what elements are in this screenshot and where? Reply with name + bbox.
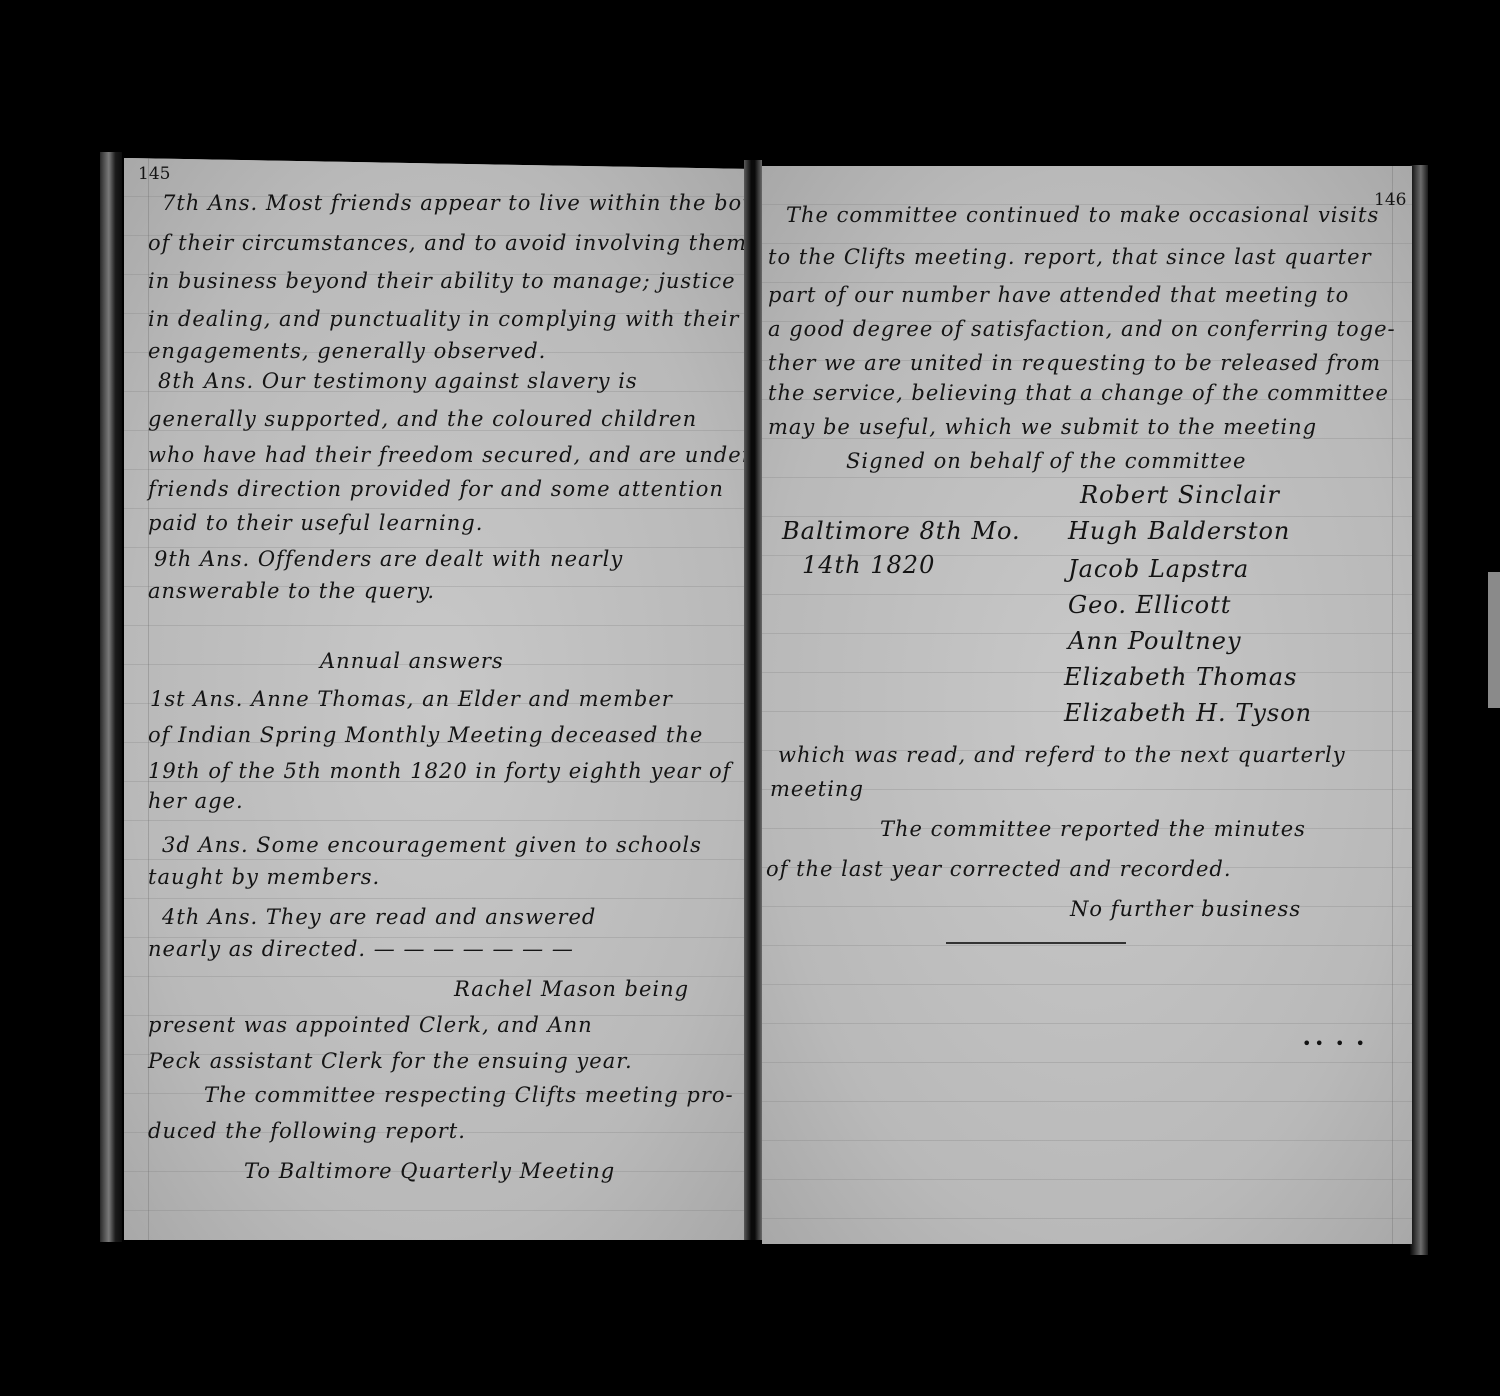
text-line: 19th of the 5th month 1820 in forty eigh…: [148, 758, 731, 784]
signature: Elizabeth Thomas: [1064, 664, 1297, 690]
text-line: present was appointed Clerk, and Ann: [148, 1012, 593, 1038]
text-line: 3d Ans. Some encouragement given to scho…: [162, 832, 702, 858]
text-line: to the Clifts meeting. report, that sinc…: [768, 244, 1372, 270]
text-line: duced the following report.: [148, 1118, 466, 1144]
place-date: Baltimore 8th Mo.: [782, 518, 1021, 544]
text-line: a good degree of satisfaction, and on co…: [768, 316, 1396, 342]
text-line: ther we are united in requesting to be r…: [768, 350, 1381, 376]
text-line: may be useful, which we submit to the me…: [768, 414, 1317, 440]
book-gutter: [744, 160, 762, 1240]
signature: Jacob Lapstra: [1068, 556, 1249, 582]
text-line: her age.: [148, 788, 244, 814]
signature: Hugh Balderston: [1068, 518, 1290, 544]
text-line: in business beyond their ability to mana…: [148, 268, 736, 294]
text-line: Rachel Mason being: [454, 976, 689, 1002]
text-line: The committee continued to make occasion…: [786, 202, 1379, 228]
place-date: 14th 1820: [802, 552, 935, 578]
ledger-scan: 145 7th Ans. Most friends appear to live…: [0, 0, 1500, 1396]
right-page: 146 The committee continued to make occa…: [762, 166, 1412, 1244]
text-line: 1st Ans. Anne Thomas, an Elder and membe…: [150, 686, 673, 712]
text-line: in dealing, and punctuality in complying…: [148, 306, 739, 332]
text-line: taught by members.: [148, 864, 380, 890]
text-line: engagements, generally observed.: [148, 338, 546, 364]
text-line: nearly as directed. — — — — — — —: [148, 936, 574, 962]
text-line: answerable to the query.: [148, 578, 435, 604]
text-line: who have had their freedom secured, and …: [148, 442, 744, 468]
text-line: the service, believing that a change of …: [768, 380, 1389, 406]
text-line: 7th Ans. Most friends appear to live wit…: [162, 190, 744, 216]
text-line: 9th Ans. Offenders are dealt with nearly: [154, 546, 623, 572]
signature: Elizabeth H. Tyson: [1064, 700, 1312, 726]
book-edge-left: [100, 152, 122, 1242]
signature: Robert Sinclair: [1080, 482, 1280, 508]
text-line: of the last year corrected and recorded.: [766, 856, 1232, 882]
text-line: paid to their useful learning.: [148, 510, 483, 536]
text-line: The committee reported the minutes: [880, 816, 1306, 842]
section-heading: Annual answers: [320, 648, 504, 674]
text-line: meeting: [770, 776, 864, 802]
left-page: 145 7th Ans. Most friends appear to live…: [124, 158, 744, 1240]
text-line: The committee respecting Clifts meeting …: [204, 1082, 734, 1108]
text-line: part of our number have attended that me…: [768, 282, 1349, 308]
page-number: 145: [138, 164, 170, 184]
text-line: Signed on behalf of the committee: [846, 448, 1246, 474]
text-line: friends direction provided for and some …: [148, 476, 724, 502]
address-line: To Baltimore Quarterly Meeting: [244, 1158, 615, 1184]
paper-scrap: [1488, 572, 1500, 708]
text-line: No further business: [1070, 896, 1301, 922]
book-edge-right: [1410, 165, 1428, 1255]
text-line: 4th Ans. They are read and answered: [162, 904, 596, 930]
signature: Geo. Ellicott: [1068, 592, 1231, 618]
text-line: of Indian Spring Monthly Meeting decease…: [148, 722, 703, 748]
text-line: 8th Ans. Our testimony against slavery i…: [158, 368, 638, 394]
closing-rule: [946, 942, 1126, 944]
text-line: generally supported, and the coloured ch…: [148, 406, 697, 432]
text-line: of their circumstances, and to avoid inv…: [148, 230, 744, 256]
signature: Ann Poultney: [1068, 628, 1242, 654]
text-line: Peck assistant Clerk for the ensuing yea…: [148, 1048, 633, 1074]
text-line: which was read, and referd to the next q…: [778, 742, 1346, 768]
ink-marks: •• • •: [1302, 1034, 1368, 1053]
